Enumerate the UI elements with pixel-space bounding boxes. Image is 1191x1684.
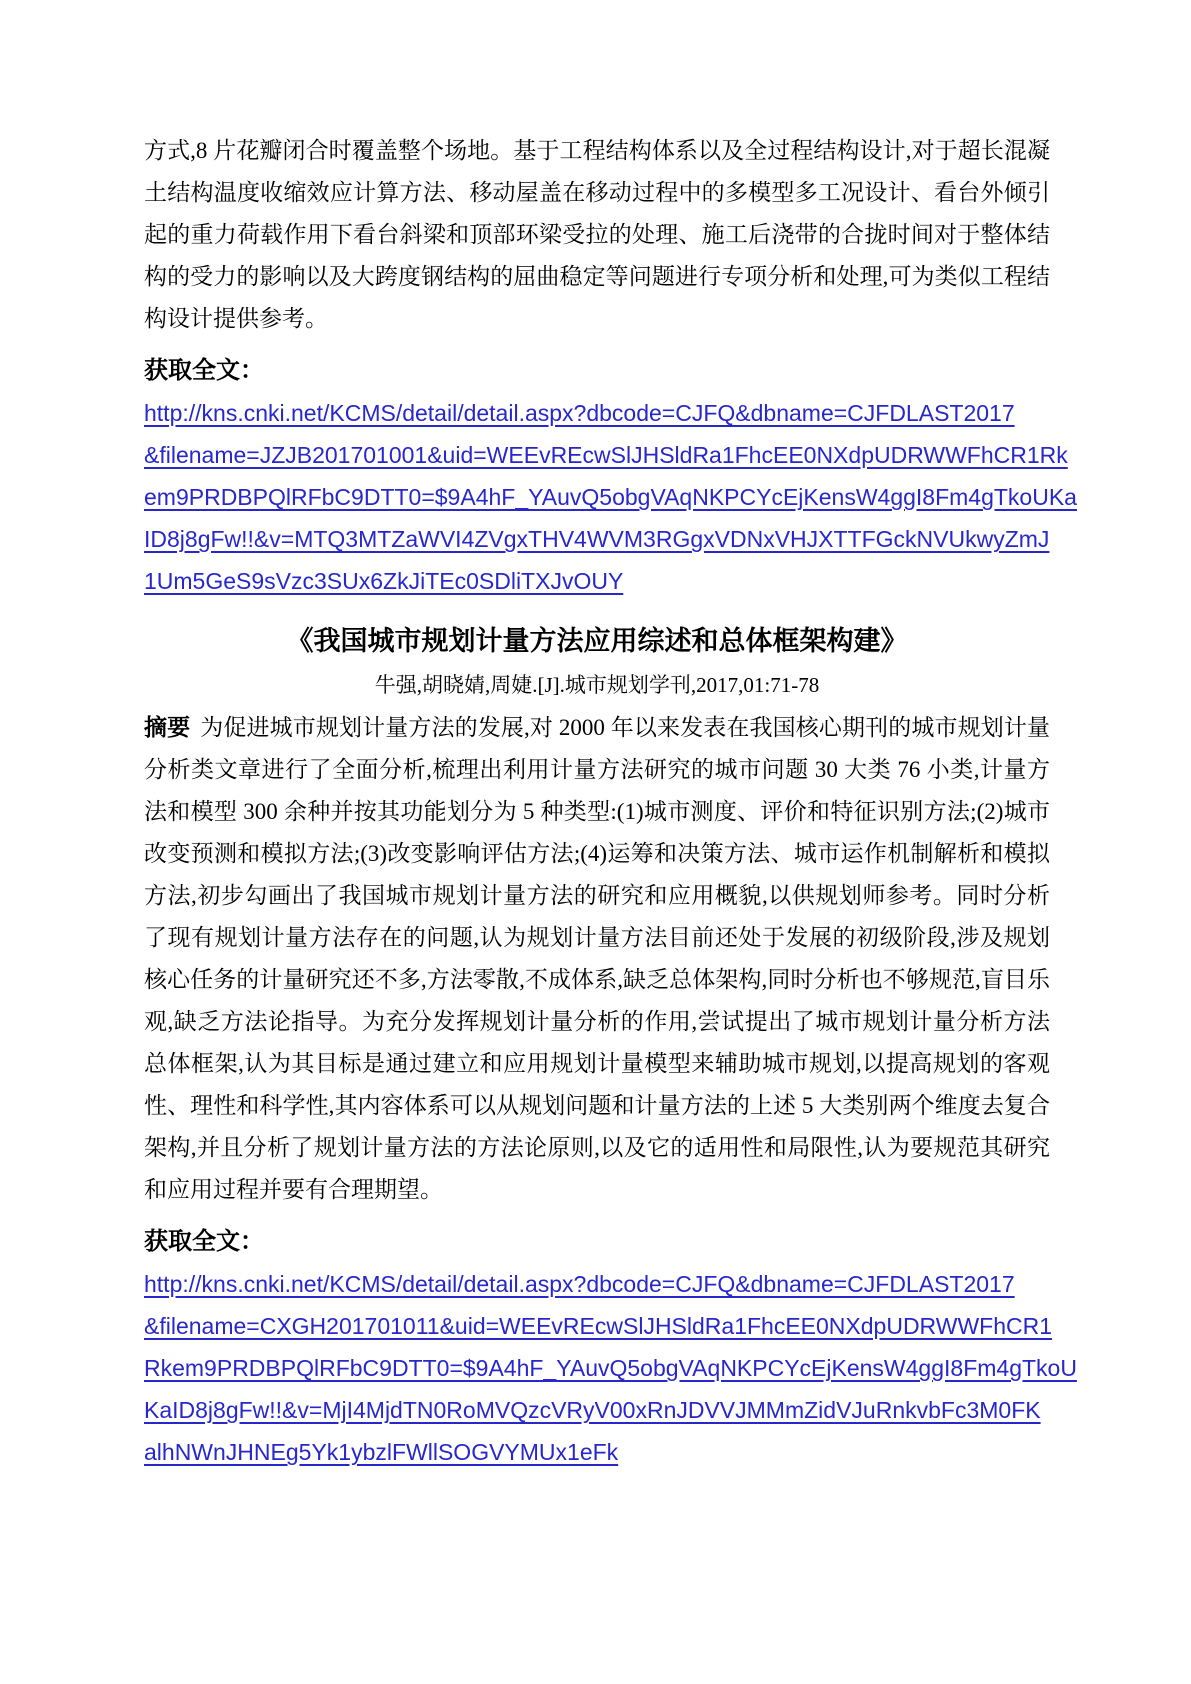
link-line[interactable]: KaID8j8gFw!!&v=MjI4MjdTN0RoMVQzcVRyV00xR… xyxy=(144,1389,1050,1431)
document-page: 方式,8 片花瓣闭合时覆盖整个场地。基于工程结构体系以及全过程结构设计,对于超长… xyxy=(0,0,1191,1684)
link-line[interactable]: http://kns.cnki.net/KCMS/detail/detail.a… xyxy=(144,392,1050,434)
link-line[interactable]: ID8j8gFw!!&v=MTQ3MTZaWVI4ZVgxTHV4WVM3RGg… xyxy=(144,518,1050,560)
link-line[interactable]: 1Um5GeS9sVzc3SUx6ZkJiTEc0SDliTXJvOUY xyxy=(144,560,1050,602)
article1-abstract-continuation: 方式,8 片花瓣闭合时覆盖整个场地。基于工程结构体系以及全过程结构设计,对于超长… xyxy=(144,130,1050,340)
abstract-label: 摘要 xyxy=(144,714,200,740)
link-line[interactable]: em9PRDBPQlRFbC9DTT0=$9A4hF_YAuvQ5obgVAqN… xyxy=(144,476,1050,518)
article2-fulltext-label: 获取全文： xyxy=(144,1221,1050,1263)
link-line[interactable]: &filename=JZJB201701001&uid=WEEvREcwSlJH… xyxy=(144,434,1050,476)
article1-fulltext-label: 获取全文： xyxy=(144,350,1050,392)
link-line[interactable]: &filename=CXGH201701011&uid=WEEvREcwSlJH… xyxy=(144,1305,1050,1347)
abstract-text: 为促进城市规划计量方法的发展,对 2000 年以来发表在我国核心期刊的城市规划计… xyxy=(144,715,1050,1202)
article2-fulltext-link[interactable]: http://kns.cnki.net/KCMS/detail/detail.a… xyxy=(144,1263,1050,1473)
link-line[interactable]: alhNWnJHNEg5Yk1ybzlFWllSOGVYMUx1eFk xyxy=(144,1431,1050,1473)
page-content: 方式,8 片花瓣闭合时覆盖整个场地。基于工程结构体系以及全过程结构设计,对于超长… xyxy=(144,130,1050,1473)
link-line[interactable]: http://kns.cnki.net/KCMS/detail/detail.a… xyxy=(144,1263,1050,1305)
paper-citation: 牛强,胡晓婧,周婕.[J].城市规划学刊,2017,01:71-78 xyxy=(144,664,1050,706)
link-line[interactable]: Rkem9PRDBPQlRFbC9DTT0=$9A4hF_YAuvQ5obgVA… xyxy=(144,1347,1050,1389)
article1-fulltext-link[interactable]: http://kns.cnki.net/KCMS/detail/detail.a… xyxy=(144,392,1050,602)
article2-abstract: 摘要为促进城市规划计量方法的发展,对 2000 年以来发表在我国核心期刊的城市规… xyxy=(144,706,1050,1211)
paper-title: 《我国城市规划计量方法应用综述和总体框架构建》 xyxy=(144,618,1050,664)
